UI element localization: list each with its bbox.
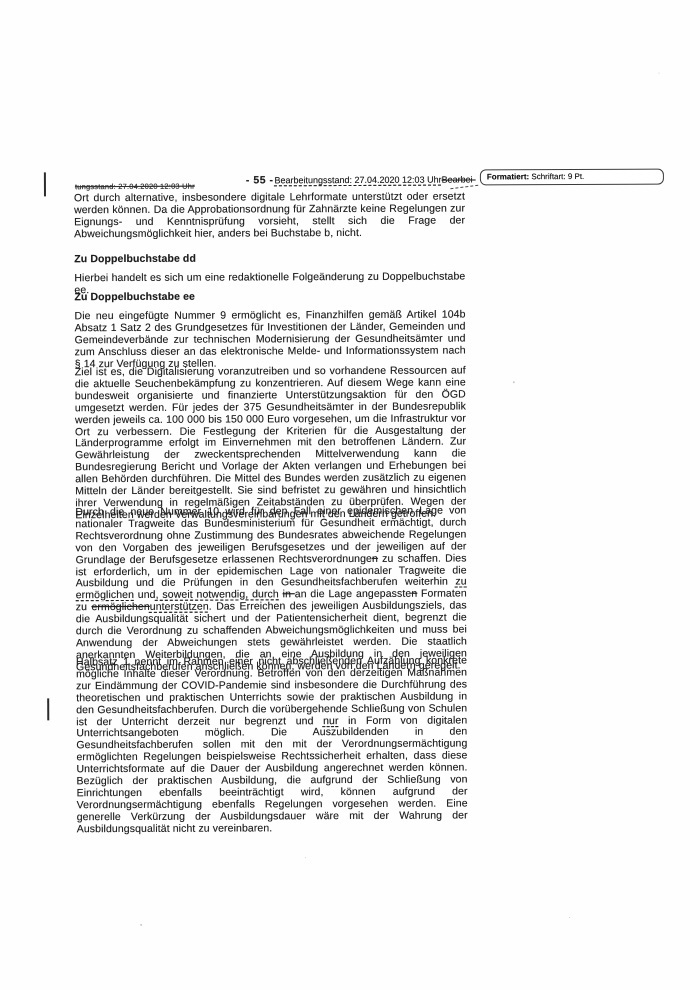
page-number: - 55 - — [246, 174, 274, 186]
header-carryover-deleted-text: tungsstand: 27.04.2020 12:03 Uhr — [75, 182, 195, 192]
change-bar — [47, 698, 49, 720]
section-heading-ee: Zu Doppelbuchstabe ee — [74, 290, 465, 304]
paragraph: Ort durch alternative, insbesondere digi… — [74, 191, 465, 240]
paragraph: Ziel ist es, die Digitalisierung voranzu… — [75, 365, 467, 521]
scanned-document-page: tungsstand: 27.04.2020 12:03 Uhr - 55 -B… — [0, 0, 700, 990]
scan-noise-speck — [513, 381, 515, 383]
header-inserted-text: Bearbeitungsstand: 27.04.2020 12:03 Uhr — [274, 175, 441, 186]
change-bar — [44, 172, 46, 196]
scan-noise-speck — [140, 924, 142, 926]
format-comment-box: Formatiert: Schriftart: 9 Pt. — [480, 169, 664, 186]
paragraph-with-tracked-changes: Halbsatz 1 nennt im Rahmen einer nicht a… — [76, 655, 468, 835]
paragraph: Die neu eingefügte Nummer 9 ermöglicht e… — [74, 309, 465, 370]
scan-noise-speck — [658, 73, 659, 74]
comment-text: Schriftart: 9 Pt. — [529, 172, 584, 181]
paragraph-with-tracked-changes: Durch die neue Nummer 10 wird für den Fa… — [75, 505, 467, 673]
scan-noise-speck — [305, 857, 306, 858]
scan-noise-speck — [88, 569, 89, 570]
scan-tilt-wrapper: tungsstand: 27.04.2020 12:03 Uhr - 55 -B… — [0, 0, 700, 990]
page-header: - 55 -Bearbeitungsstand: 27.04.2020 12:0… — [246, 173, 476, 186]
section-heading-dd: Zu Doppelbuchstabe dd — [74, 252, 465, 266]
comment-label: Formatiert: — [487, 172, 529, 181]
scan-noise-speck — [569, 917, 570, 918]
